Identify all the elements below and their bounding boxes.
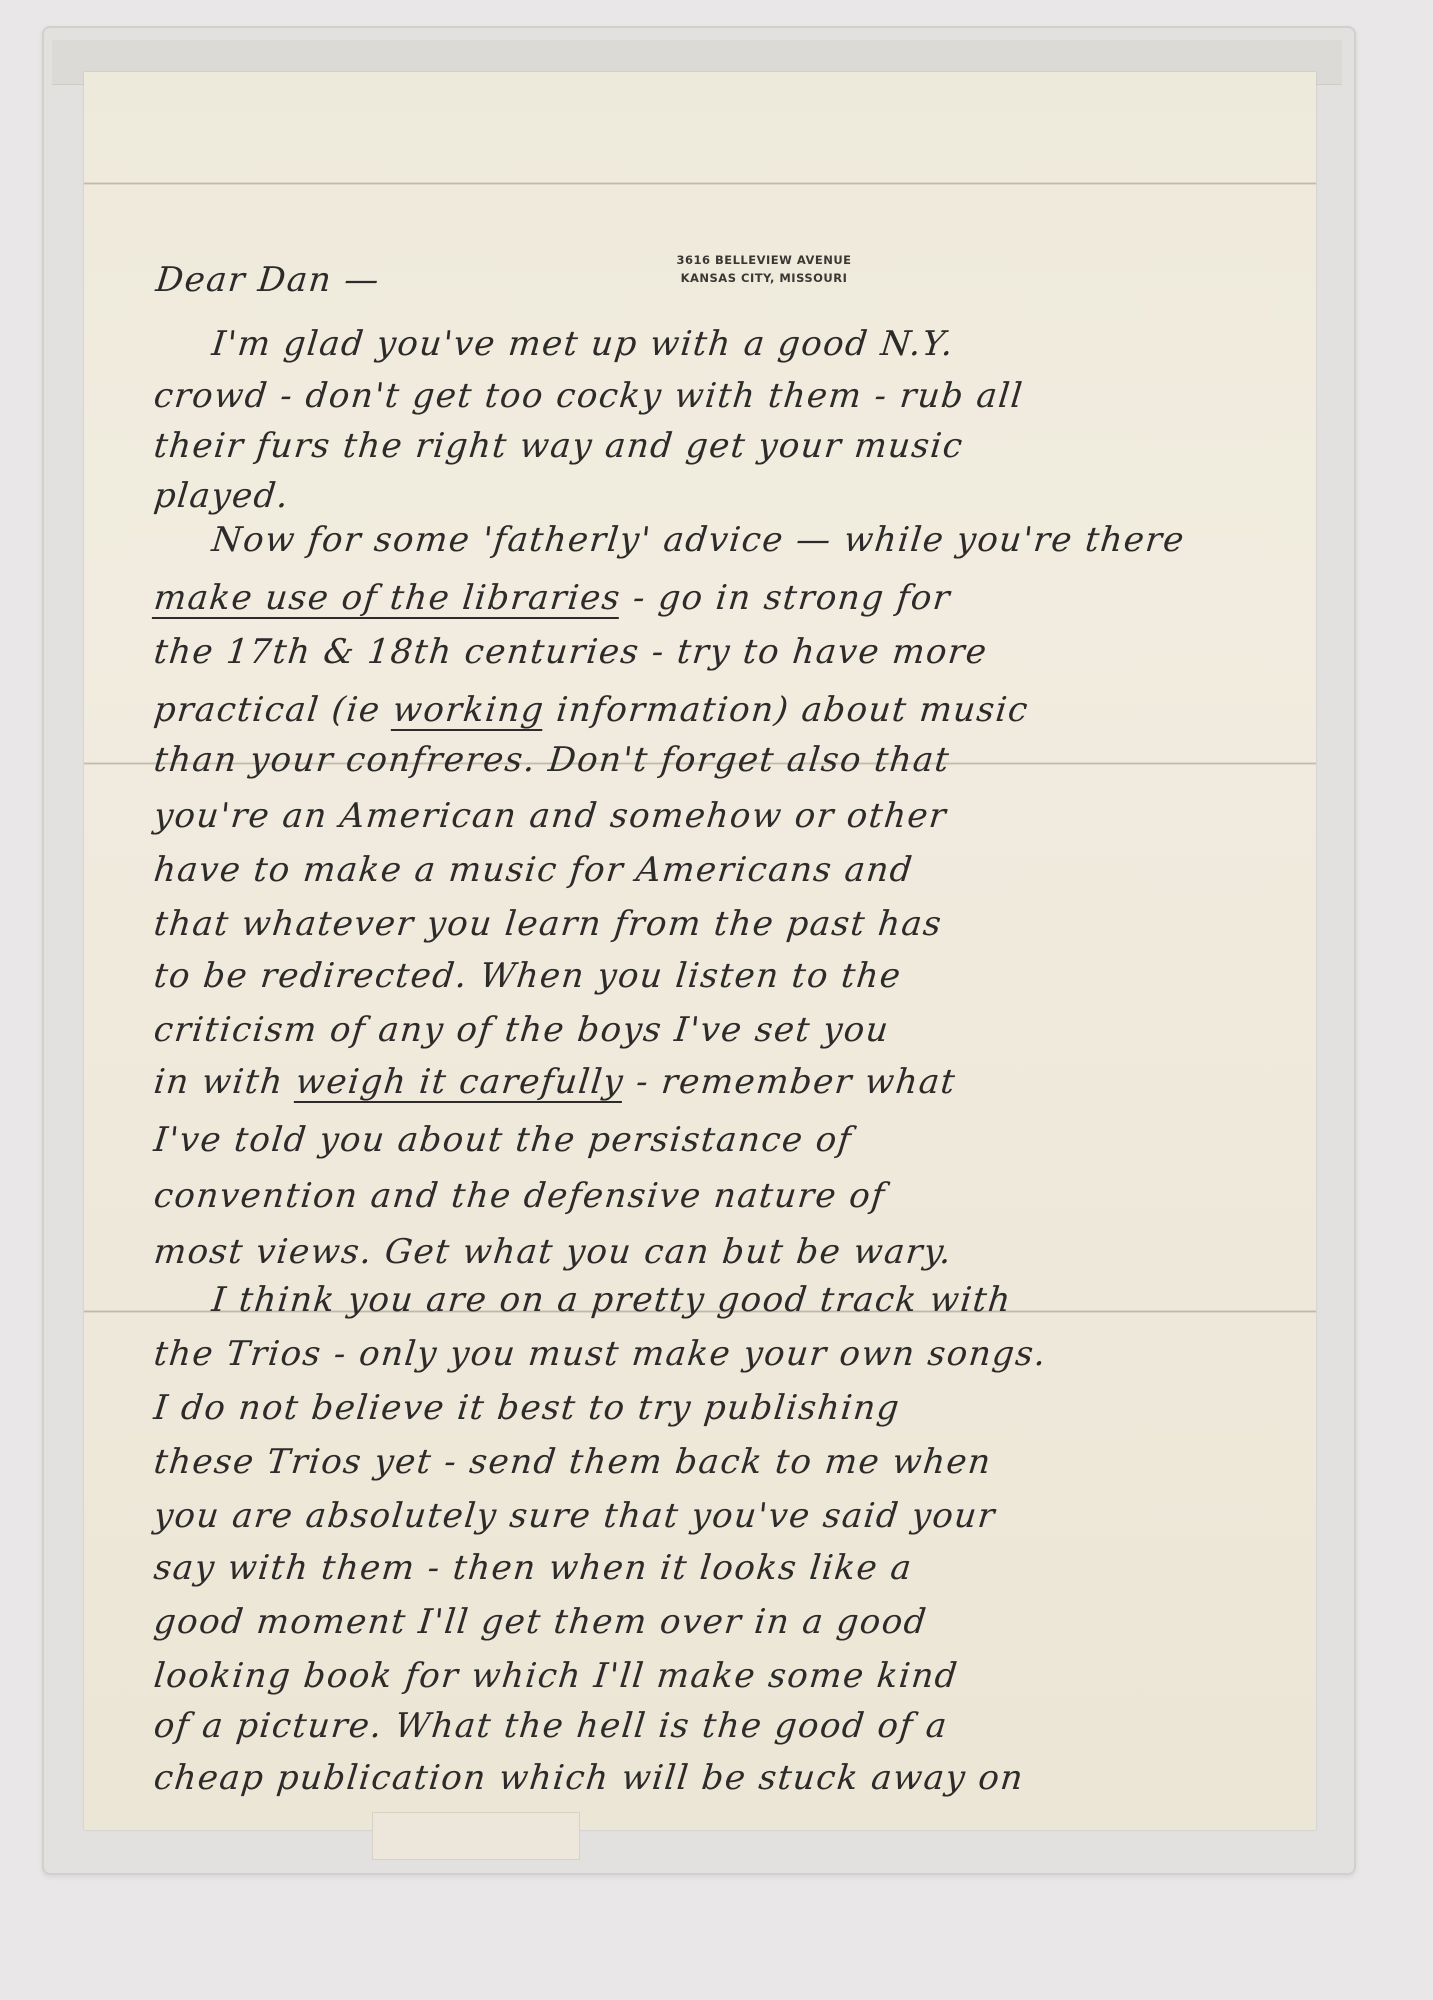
letter-line: played.	[152, 476, 1278, 516]
letter-page: 3616 BELLEVIEW AVENUE KANSAS CITY, MISSO…	[84, 72, 1316, 1830]
paper-tab	[372, 1812, 580, 1860]
letter-line: cheap publication which will be stuck aw…	[152, 1758, 1278, 1798]
fold-crease	[84, 182, 1316, 185]
letter-line: you are absolutely sure that you've said…	[152, 1496, 1278, 1536]
letter-line: most views. Get what you can but be wary…	[152, 1232, 1278, 1272]
letter-line: make use of the libraries - go in strong…	[152, 578, 1278, 618]
letter-line: these Trios yet - send them back to me w…	[152, 1442, 1278, 1482]
letter-line: of a picture. What the hell is the good …	[152, 1706, 1278, 1746]
letter-line: I think you are on a pretty good track w…	[152, 1280, 1278, 1320]
letter-line: crowd - don't get too cocky with them - …	[152, 376, 1278, 416]
letter-line: the Trios - only you must make your own …	[152, 1334, 1278, 1374]
letter-line: Now for some 'fatherly' advice — while y…	[152, 520, 1278, 560]
letter-line: than your confreres. Don't forget also t…	[152, 740, 1278, 780]
underlined-phrase: make use of the libraries	[152, 578, 623, 618]
letter-line: have to make a music for Americans and	[152, 850, 1278, 890]
letter-line: criticism of any of the boys I've set yo…	[152, 1010, 1278, 1050]
underlined-phrase: weigh it carefully	[294, 1062, 626, 1102]
letter-line: to be redirected. When you listen to the	[152, 956, 1278, 996]
letter-line: I'm glad you've met up with a good N.Y.	[152, 324, 1278, 364]
letter-line: I've told you about the persistance of	[152, 1120, 1278, 1160]
letter-line: convention and the defensive nature of	[152, 1176, 1278, 1216]
letter-line: good moment I'll get them over in a good	[152, 1602, 1278, 1642]
letter-line: in with weigh it carefully - remember wh…	[152, 1062, 1278, 1102]
letter-line: practical (ie working information) about…	[152, 690, 1278, 730]
underlined-word: working	[391, 690, 547, 730]
letter-line: that whatever you learn from the past ha…	[152, 904, 1278, 944]
letter-line: looking book for which I'll make some ki…	[152, 1656, 1278, 1696]
letter-line: the 17th & 18th centuries - try to have …	[152, 632, 1278, 672]
letter-line: you're an American and somehow or other	[152, 796, 1278, 836]
letter-line: their furs the right way and get your mu…	[152, 426, 1278, 466]
letter-line: I do not believe it best to try publishi…	[152, 1388, 1278, 1428]
salutation: Dear Dan —	[154, 260, 1278, 300]
letter-line: say with them - then when it looks like …	[152, 1548, 1278, 1588]
